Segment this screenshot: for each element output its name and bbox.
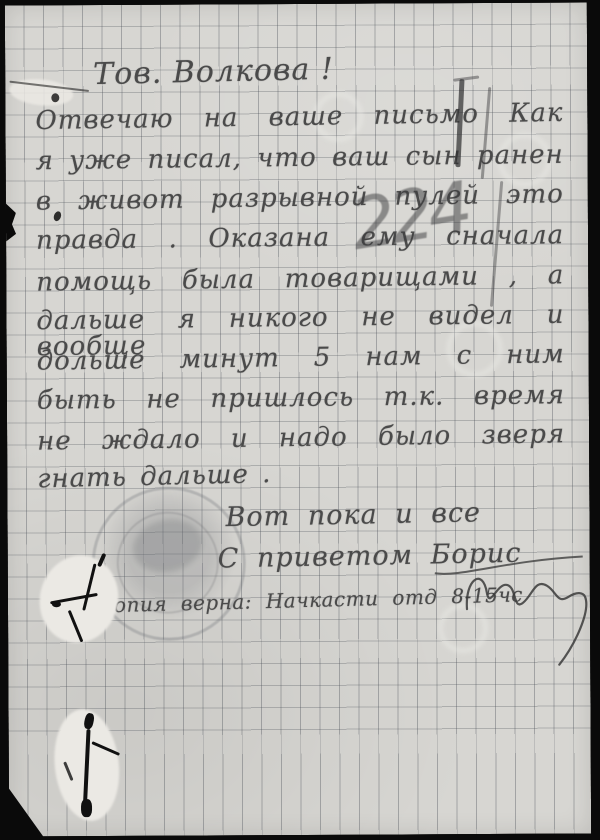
handwritten-line: помощь была товарищами , а: [36, 262, 564, 295]
salutation-line: Тов. Волкова !: [93, 52, 334, 92]
paper-crack: [81, 799, 92, 817]
paper-crack: [52, 601, 61, 607]
handwritten-line: гнать дальше .: [37, 461, 272, 492]
handwritten-line: в живот разрывной пулей это: [36, 181, 564, 214]
handwritten-line: не ждало и надо было зверя: [37, 421, 565, 454]
letter-page: Тов. Волкова ! Отвечаю на ваше письмо Ка…: [5, 2, 591, 836]
signature: [463, 562, 594, 668]
paper-crack: [51, 93, 59, 102]
closing-line: Вот пока и все: [225, 497, 481, 533]
handwritten-line: быть не пришлось т.к. время: [37, 382, 565, 414]
handwritten-line: дольше минут 5 нам с ним: [37, 341, 565, 374]
handwritten-line: правда . Оказана ему сначала: [36, 222, 564, 254]
